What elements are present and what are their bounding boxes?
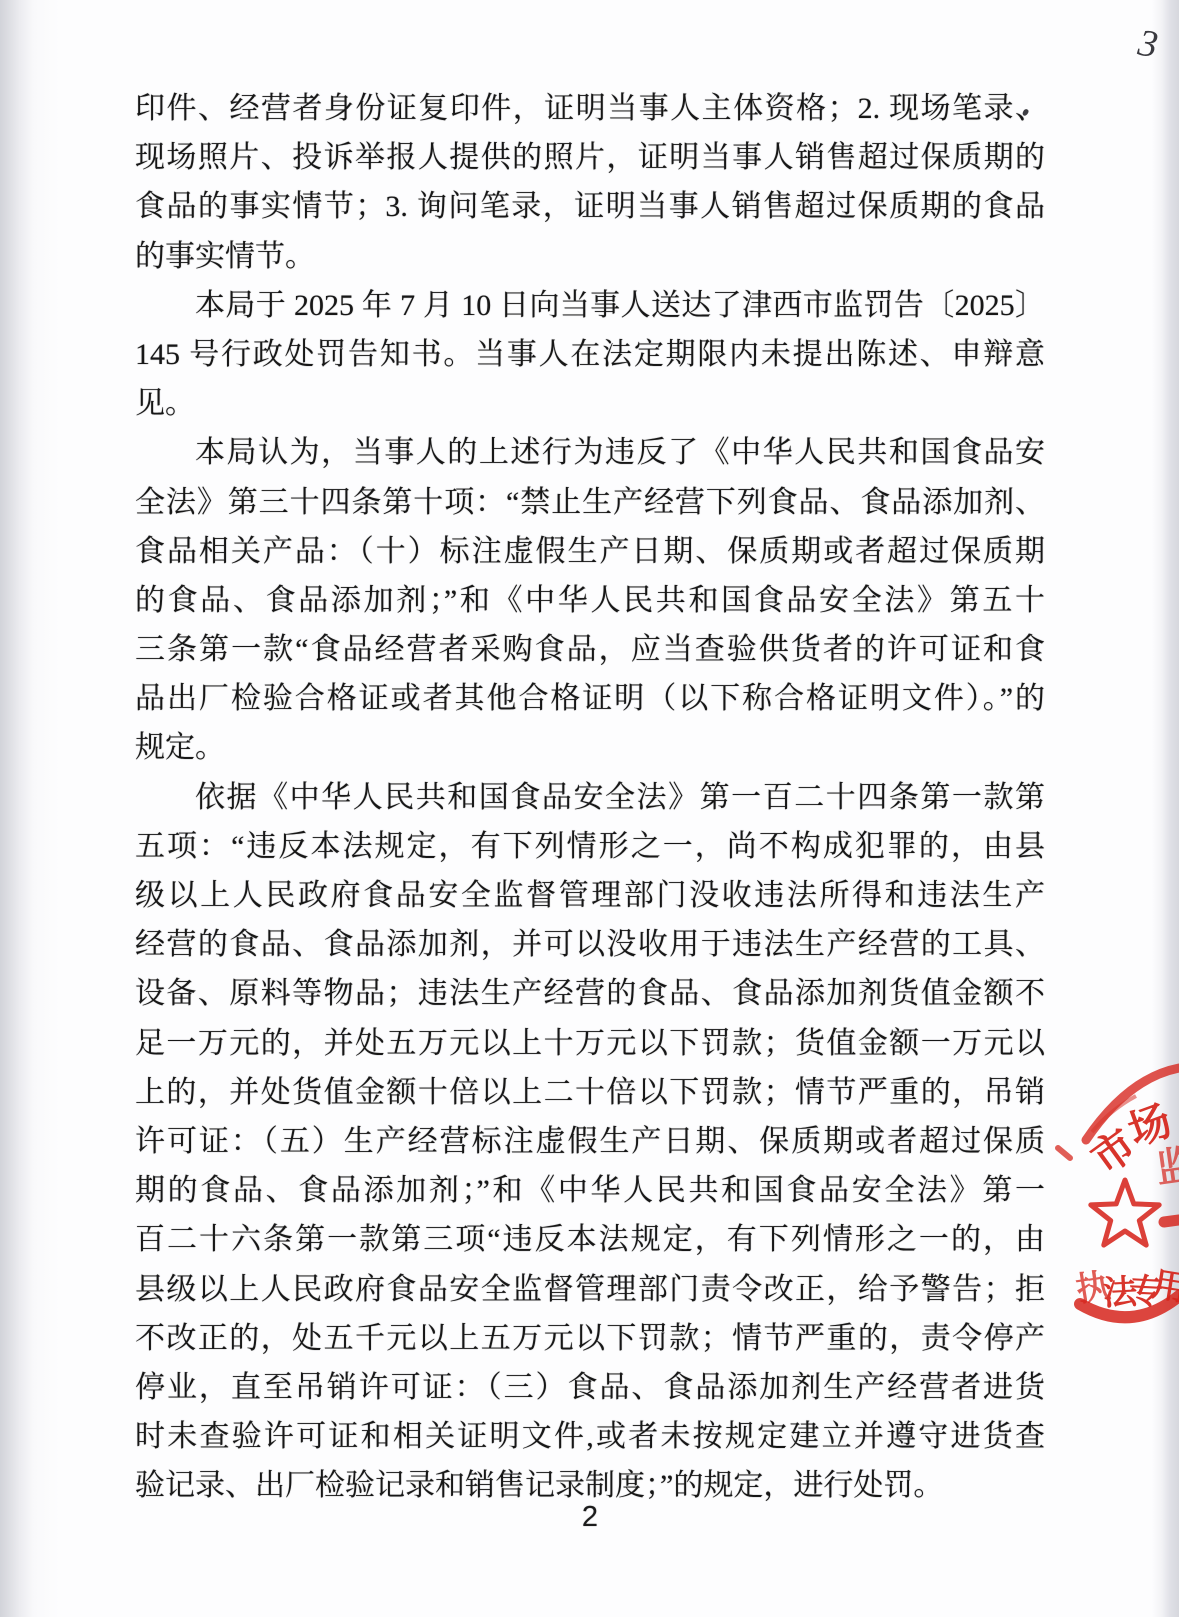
text-line: 五项：“违反本法规定，有下列情形之一，尚不构成犯罪的，由县 bbox=[135, 822, 1045, 871]
seal-center-bar bbox=[1164, 1220, 1179, 1222]
seal-bottom-char: 用 bbox=[1150, 1266, 1179, 1309]
text-line: 规定。 bbox=[135, 723, 1045, 772]
text-line: 的事实情节。 bbox=[135, 232, 1045, 281]
text-line: 145 号行政处罚告知书。当事人在法定期限内未提出陈述、申辩意 bbox=[135, 330, 1045, 379]
text-line: 设备、原料等物品；违法生产经营的食品、食品添加剂货值金额不 bbox=[135, 969, 1045, 1018]
text-line: 停业，直至吊销许可证：（三）食品、食品添加剂生产经营者进货 bbox=[135, 1363, 1045, 1412]
text-line: 百二十六条第一款第三项“违反本法规定，有下列情形之一的，由 bbox=[135, 1215, 1045, 1264]
text-block: 印件、经营者身份证复印件，证明当事人主体资格；2. 现场笔录、现场照片、投诉举报… bbox=[135, 84, 1045, 1510]
text-line: 印件、经营者身份证复印件，证明当事人主体资格；2. 现场笔录、 bbox=[135, 84, 1045, 133]
text-line: 不改正的，处五千元以上五万元以下罚款；情节严重的，责令停产 bbox=[135, 1314, 1045, 1363]
seal-top-arc-char: 监 bbox=[1153, 1141, 1179, 1191]
text-line: 时未查验许可证和相关证明文件,或者未按规定建立并遵守进货查 bbox=[135, 1412, 1045, 1461]
text-line: 本局于 2025 年 7 月 10 日向当事人送达了津西市监罚告〔2025〕 bbox=[135, 281, 1045, 330]
text-line: 许可证：（五）生产经营标注虚假生产日期、保质期或者超过保质 bbox=[135, 1117, 1045, 1166]
text-line: 县级以上人民政府食品安全监督管理部门责令改正，给予警告；拒 bbox=[135, 1265, 1045, 1314]
text-line: 的食品、食品添加剂；”和《中华人民共和国食品安全法》第五十 bbox=[135, 576, 1045, 625]
official-seal-stamp: 市 场 监 执 法 专 用 bbox=[1040, 1040, 1179, 1350]
text-line: 依据《中华人民共和国食品安全法》第一百二十四条第一款第 bbox=[135, 773, 1045, 822]
seal-stray-mark bbox=[1058, 1148, 1070, 1158]
text-line: 上的，并处货值金额十倍以上二十倍以下罚款；情节严重的，吊销 bbox=[135, 1068, 1045, 1117]
text-line: 级以上人民政府食品安全监督管理部门没收违法所得和违法生产 bbox=[135, 871, 1045, 920]
text-line: 三条第一款“食品经营者采购食品，应当查验供货者的许可证和食 bbox=[135, 625, 1045, 674]
text-line: 见。 bbox=[135, 379, 1045, 428]
text-line: 全法》第三十四条第十项：“禁止生产经营下列食品、食品添加剂、 bbox=[135, 478, 1045, 527]
text-line: 经营的食品、食品添加剂，并可以没收用于违法生产经营的工具、 bbox=[135, 920, 1045, 969]
text-line: 期的食品、食品添加剂；”和《中华人民共和国食品安全法》第一 bbox=[135, 1166, 1045, 1215]
text-line: 足一万元的，并处五万元以上十万元以下罚款；货值金额一万元以 bbox=[135, 1019, 1045, 1068]
footer-page-number: 2 bbox=[135, 1500, 1045, 1534]
scanned-document-page: 3 印件、经营者身份证复印件，证明当事人主体资格；2. 现场笔录、现场照片、投诉… bbox=[0, 0, 1179, 1617]
handwritten-sheet-number: 3 bbox=[1122, 13, 1174, 75]
text-line: 现场照片、投诉举报人提供的照片，证明当事人销售超过保质期的 bbox=[135, 133, 1045, 182]
text-line: 食品相关产品：（十）标注虚假生产日期、保质期或者超过保质期 bbox=[135, 527, 1045, 576]
text-line: 食品的事实情节；3. 询问笔录，证明当事人销售超过保质期的食品 bbox=[135, 182, 1045, 231]
star-icon bbox=[1091, 1180, 1159, 1245]
text-line: 品出厂检验合格证或者其他合格证明（以下称合格证明文件）。”的 bbox=[135, 674, 1045, 723]
text-line: 本局认为，当事人的上述行为违反了《中华人民共和国食品安 bbox=[135, 428, 1045, 477]
seal-graphic: 市 场 监 执 法 专 用 bbox=[1040, 1040, 1179, 1350]
